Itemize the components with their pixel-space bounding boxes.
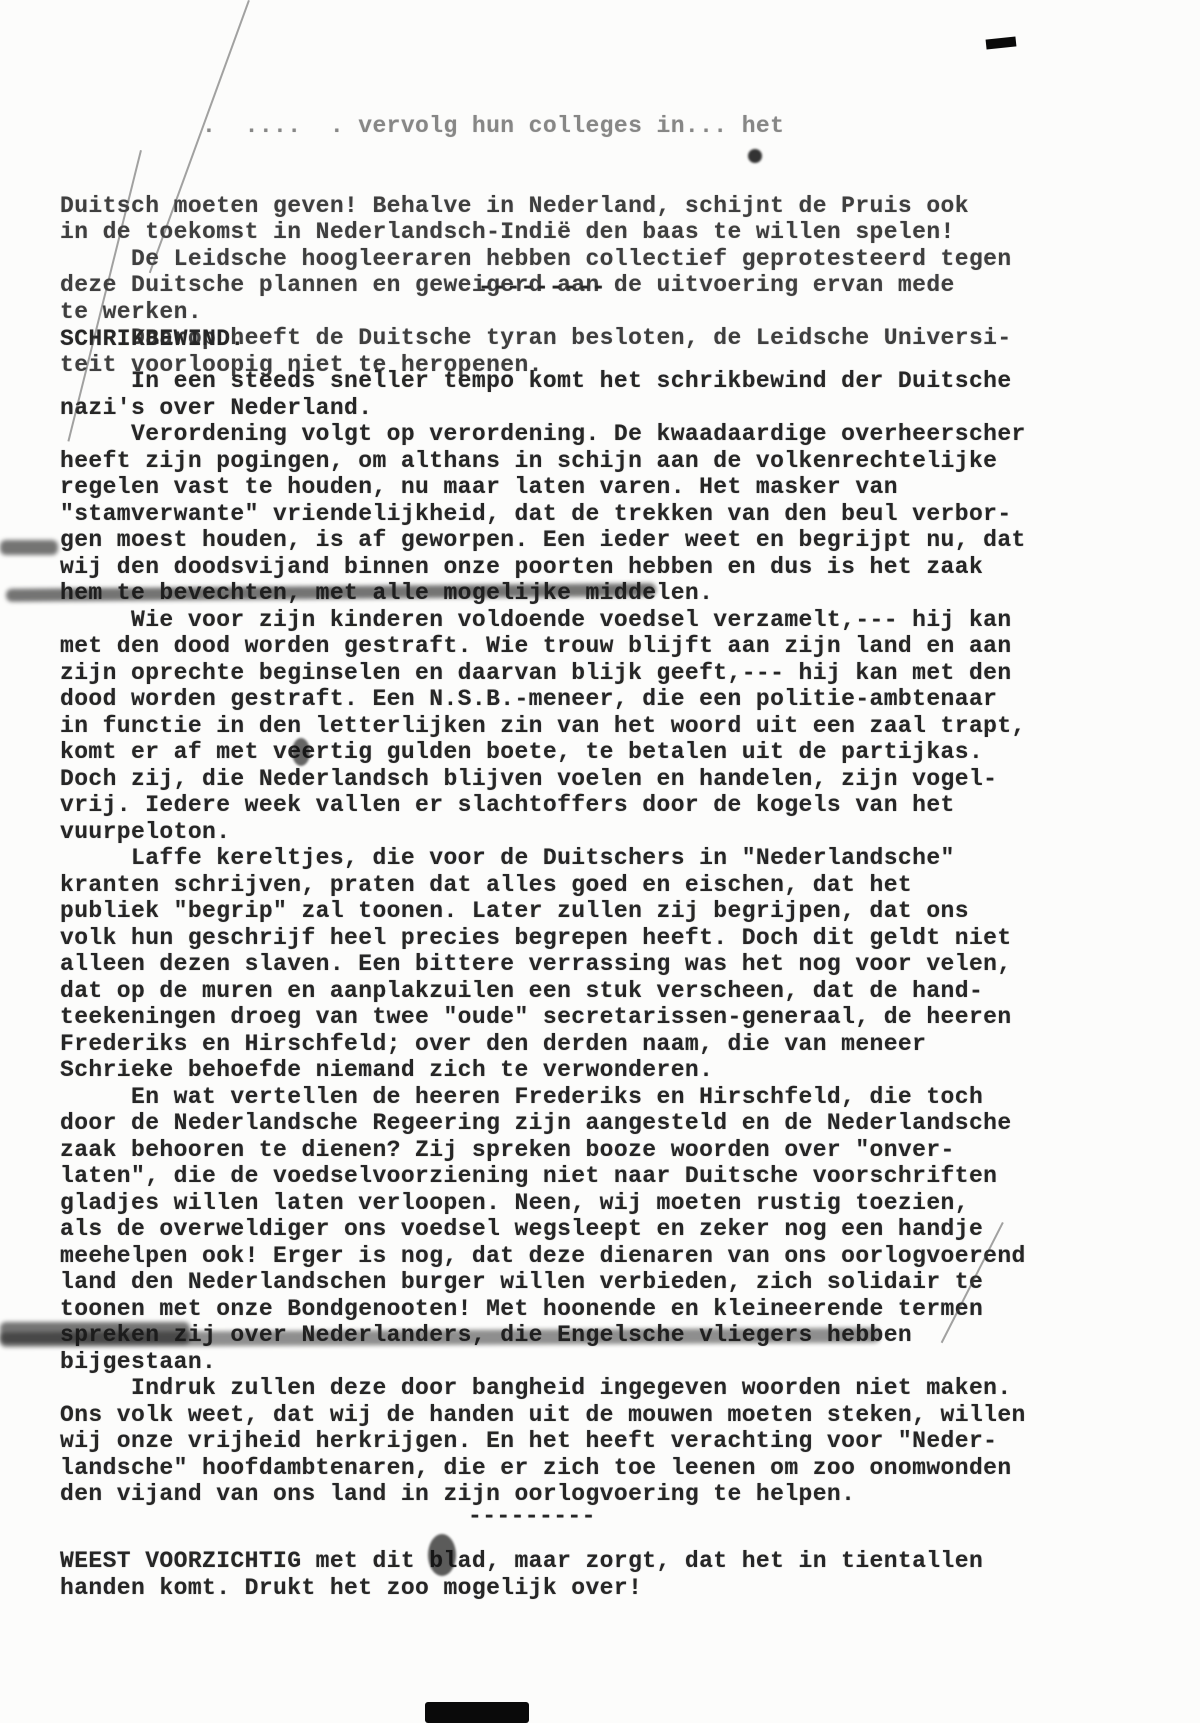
ink-blob-1 xyxy=(748,149,762,163)
divider-2: --------- xyxy=(468,1503,596,1530)
section-heading: SCHRIKBEWIND. xyxy=(60,326,245,353)
ink-smear-strikethrough-2-heavy xyxy=(0,1322,190,1344)
corner-mark xyxy=(986,36,1017,49)
scan-artifact-bar xyxy=(425,1702,529,1723)
footer-warning: WEEST VOORZICHTIG met dit blad, maar zor… xyxy=(60,1548,983,1601)
ink-blob-footer xyxy=(428,1534,456,1576)
divider-1: --------- xyxy=(478,274,606,301)
ink-smear-left-edge xyxy=(0,540,58,555)
scan-page: . .... . vervolg hun colleges in... het … xyxy=(0,0,1200,1723)
ink-blob-2 xyxy=(292,738,310,766)
